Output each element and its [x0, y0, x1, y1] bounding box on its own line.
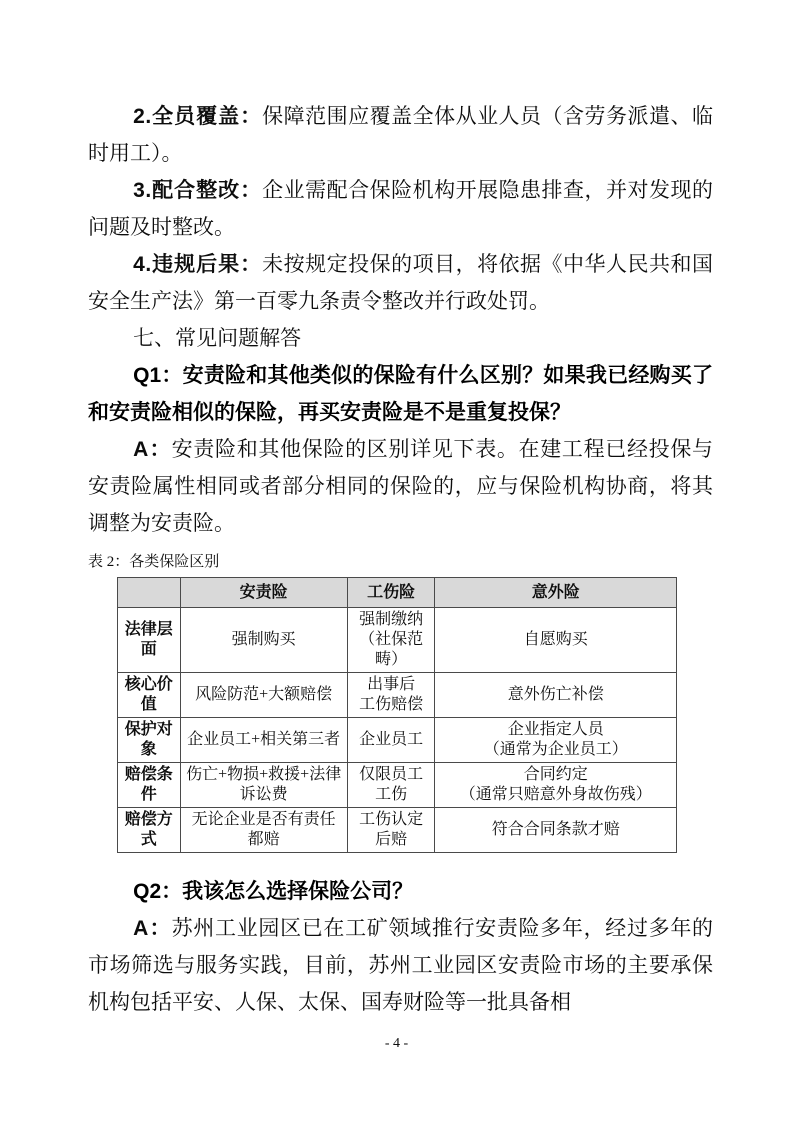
item-2-label: 2.全员覆盖：: [133, 105, 262, 128]
a2-text: 苏州工业园区已在工矿领域推行安责险多年，经过多年的市场筛选与服务实践，目前，苏州…: [88, 916, 713, 1014]
table-cell: 出事后 工伤赔偿: [347, 673, 435, 718]
table-column-header: 安责险: [180, 578, 347, 608]
table-row: 赔偿条件伤亡+物损+救援+法律诉讼费仅限员工工伤合同约定 （通常只赔意外身故伤残…: [118, 763, 677, 808]
table-column-header: 工伤险: [347, 578, 435, 608]
table-row-label: 赔偿方式: [118, 808, 181, 853]
q1-heading: Q1：安责险和其他类似的保险有什么区别？如果我已经购买了和安责险相似的保险，再买…: [88, 357, 713, 431]
table-cell: 自愿购买: [435, 608, 677, 673]
table-cell: 无论企业是否有责任都赔: [180, 808, 347, 853]
table-cell: 仅限员工工伤: [347, 763, 435, 808]
table-cell: 强制缴纳 （社保范畴）: [347, 608, 435, 673]
table-cell: 企业员工+相关第三者: [180, 718, 347, 763]
paragraph-a1: A：安责险和其他保险的区别详见下表。在建工程已经投保与安责险属性相同或者部分相同…: [88, 431, 713, 542]
item-4-label: 4.违规后果：: [133, 253, 262, 276]
paragraph-a2: A：苏州工业园区已在工矿领域推行安责险多年，经过多年的市场筛选与服务实践，目前，…: [88, 910, 713, 1021]
table-body: 法律层面强制购买强制缴纳 （社保范畴）自愿购买核心价值风险防范+大额赔偿出事后 …: [118, 608, 677, 853]
a2-label: A：: [133, 917, 172, 940]
table-cell: 伤亡+物损+救援+法律诉讼费: [180, 763, 347, 808]
a1-text: 安责险和其他保险的区别详见下表。在建工程已经投保与安责险属性相同或者部分相同的保…: [88, 437, 713, 535]
paragraph-item-2: 2.全员覆盖：保障范围应覆盖全体从业人员（含劳务派遣、临时用工）。: [88, 98, 713, 172]
table-corner-cell: [118, 578, 181, 608]
table-cell: 风险防范+大额赔偿: [180, 673, 347, 718]
table-row-label: 保护对象: [118, 718, 181, 763]
table-cell: 合同约定 （通常只赔意外身故伤残）: [435, 763, 677, 808]
table-caption: 表 2：各类保险区别: [88, 551, 713, 573]
table-header-row: 安责险工伤险意外险: [118, 578, 677, 608]
table-row: 法律层面强制购买强制缴纳 （社保范畴）自愿购买: [118, 608, 677, 673]
table-row: 赔偿方式无论企业是否有责任都赔工伤认定后赔符合合同条款才赔: [118, 808, 677, 853]
table-cell: 企业员工: [347, 718, 435, 763]
document-page: 2.全员覆盖：保障范围应覆盖全体从业人员（含劳务派遣、临时用工）。 3.配合整改…: [0, 0, 793, 1122]
table-row: 核心价值风险防范+大额赔偿出事后 工伤赔偿意外伤亡补偿: [118, 673, 677, 718]
table-row: 保护对象企业员工+相关第三者企业员工企业指定人员 （通常为企业员工）: [118, 718, 677, 763]
table-cell: 强制购买: [180, 608, 347, 673]
table-cell: 企业指定人员 （通常为企业员工）: [435, 718, 677, 763]
table-cell: 意外伤亡补偿: [435, 673, 677, 718]
paragraph-item-3: 3.配合整改：企业需配合保险机构开展隐患排查，并对发现的问题及时整改。: [88, 172, 713, 246]
table-cell: 工伤认定后赔: [347, 808, 435, 853]
a1-label: A：: [133, 438, 172, 461]
table-row-label: 法律层面: [118, 608, 181, 673]
insurance-comparison-table: 安责险工伤险意外险 法律层面强制购买强制缴纳 （社保范畴）自愿购买核心价值风险防…: [117, 577, 677, 853]
paragraph-item-4: 4.违规后果：未按规定投保的项目，将依据《中华人民共和国安全生产法》第一百零九条…: [88, 246, 713, 320]
table-row-label: 核心价值: [118, 673, 181, 718]
item-3-label: 3.配合整改：: [133, 179, 262, 202]
page-number: - 4 -: [0, 1036, 793, 1052]
table-column-header: 意外险: [435, 578, 677, 608]
section-7-heading: 七、常见问题解答: [88, 320, 713, 357]
table-cell: 符合合同条款才赔: [435, 808, 677, 853]
table-row-label: 赔偿条件: [118, 763, 181, 808]
q2-heading: Q2：我该怎么选择保险公司？: [88, 873, 713, 910]
